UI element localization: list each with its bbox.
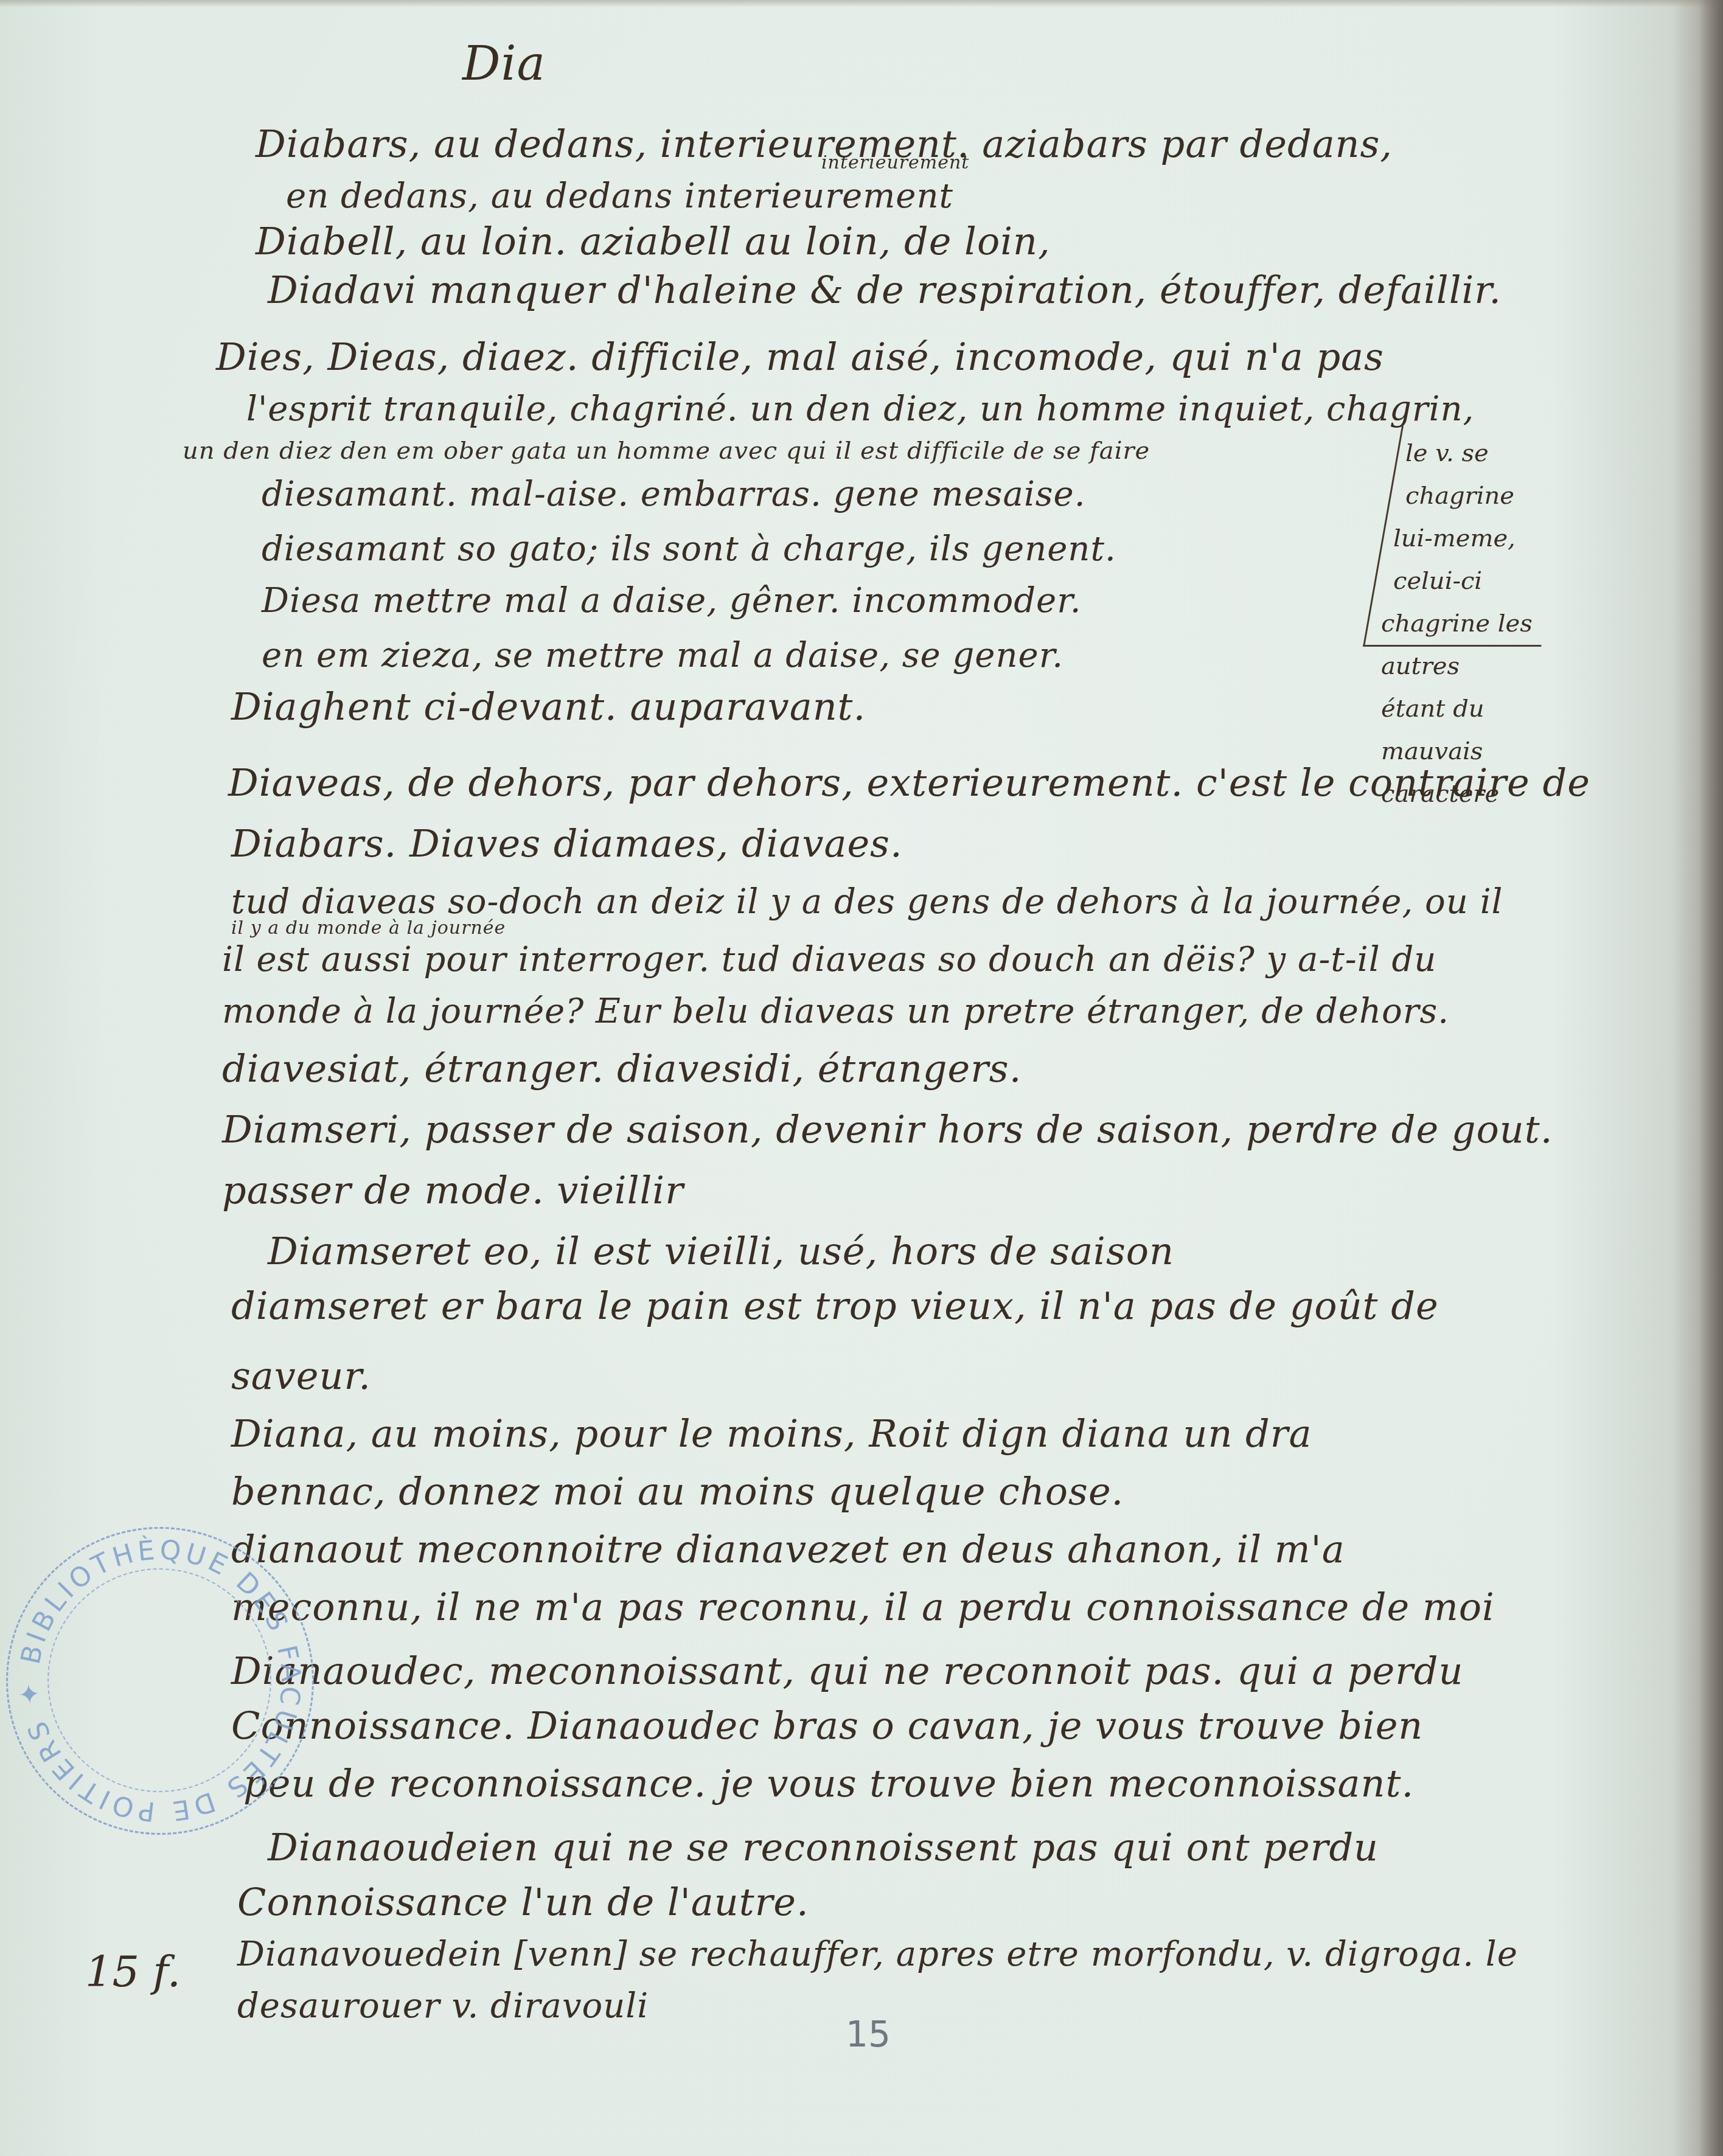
margin-note-line: chagrine xyxy=(1381,475,1564,517)
margin-note-line: caractere xyxy=(1381,773,1564,815)
entry-line: passer de mode. vieillir xyxy=(222,1168,684,1212)
margin-note-right: le v. se chagrine lui-meme, celui-ci cha… xyxy=(1381,432,1564,815)
margin-folio-number: 15 f. xyxy=(85,1947,181,1997)
entry-line: diesamant. mal-aise. embarras. gene mesa… xyxy=(262,475,1085,514)
entry-line: diesamant so gato; ils sont à charge, il… xyxy=(262,529,1116,569)
entry-line: Dianaoudec, meconnoissant, qui ne reconn… xyxy=(231,1649,1463,1693)
entry-line: meconnu, il ne m'a pas reconnu, il a per… xyxy=(231,1585,1495,1629)
entry-line: diavesiat, étranger. diavesidi, étranger… xyxy=(222,1046,1022,1091)
entry-line: Diana, au moins, pour le moins, Roit dig… xyxy=(231,1411,1312,1456)
entry-line: en dedans, au dedans interieurement xyxy=(286,176,953,216)
entry-line: tud diaveas so-doch an deiz il y a des g… xyxy=(231,882,1503,922)
library-stamp-text-icon: BIBLIOTHÈQUE DES FACULTÉS DE POITIERS ✦ xyxy=(8,1529,312,1833)
entry-line: Diamseret eo, il est vieilli, usé, hors … xyxy=(268,1229,1174,1273)
page-right-edge-shadow xyxy=(1699,0,1723,2156)
entry-line: Connoissance. Dianaoudec bras o cavan, j… xyxy=(231,1703,1423,1748)
entry-line: peu de reconnoissance. je vous trouve bi… xyxy=(243,1761,1414,1806)
page-number: 15 xyxy=(846,2014,891,2055)
entry-line: en em zieza, se mettre mal a daise, se g… xyxy=(262,636,1063,675)
entry-line: Diamseri, passer de saison, devenir hors… xyxy=(222,1107,1553,1152)
margin-note-line: étant du mauvais xyxy=(1381,687,1564,773)
entry-line: Diadavi manquer d'haleine & de respirati… xyxy=(268,268,1502,312)
margin-note-line: lui-meme, celui-ci xyxy=(1381,517,1564,602)
entry-line: Dianavouedein [venn] se rechauffer, apre… xyxy=(237,1935,1518,1974)
entry-line: bennac, donnez moi au moins quelque chos… xyxy=(231,1469,1124,1514)
interlinear-note: il y a du monde à la journée xyxy=(231,917,506,939)
entry-line: Diesa mettre mal a daise, gêner. incommo… xyxy=(262,581,1082,621)
entry-line: Dianaoudeien qui ne se reconnoissent pas… xyxy=(268,1825,1379,1869)
entry-line: il est aussi pour interroger. tud diavea… xyxy=(222,940,1436,979)
manuscript-page: Dia Diabars, au dedans, interieurement. … xyxy=(0,0,1723,2156)
entry-line: Dies, Dieas, diaez. difficile, mal aisé,… xyxy=(216,335,1384,379)
interlinear-note: interieurement xyxy=(821,152,969,173)
margin-note-line: le v. se xyxy=(1381,432,1564,475)
svg-text:BIBLIOTHÈQUE DES FACULTÉS DE P: BIBLIOTHÈQUE DES FACULTÉS DE POITIERS ✦ xyxy=(13,1533,307,1827)
entry-line: dianaout meconnoitre dianavezet en deus … xyxy=(231,1527,1345,1571)
entry-line: diamseret er bara le pain est trop vieux… xyxy=(231,1284,1439,1328)
margin-note-line: chagrine les autres xyxy=(1381,602,1564,687)
entry-line: saveur. xyxy=(231,1354,371,1398)
library-stamp: BIBLIOTHÈQUE DES FACULTÉS DE POITIERS ✦ xyxy=(6,1527,314,1835)
entry-line: un den diez den em ober gata un homme av… xyxy=(183,437,1150,465)
entry-line: Diabell, au loin. aziabell au loin, de l… xyxy=(256,219,1051,263)
entry-line: Diaghent ci-devant. auparavant. xyxy=(231,684,866,729)
entry-line: monde à la journée? Eur belu diaveas un … xyxy=(222,992,1449,1031)
entry-line: Connoissance l'un de l'autre. xyxy=(237,1880,809,1924)
entry-line: desaurouer v. diravouli xyxy=(237,1986,649,2026)
entry-line: l'esprit tranquile, chagriné. un den die… xyxy=(246,389,1474,429)
section-heading: Dia xyxy=(462,37,546,91)
entry-line: Diabars. Diaves diamaes, diavaes. xyxy=(231,821,903,866)
page-top-edge xyxy=(0,0,1723,7)
